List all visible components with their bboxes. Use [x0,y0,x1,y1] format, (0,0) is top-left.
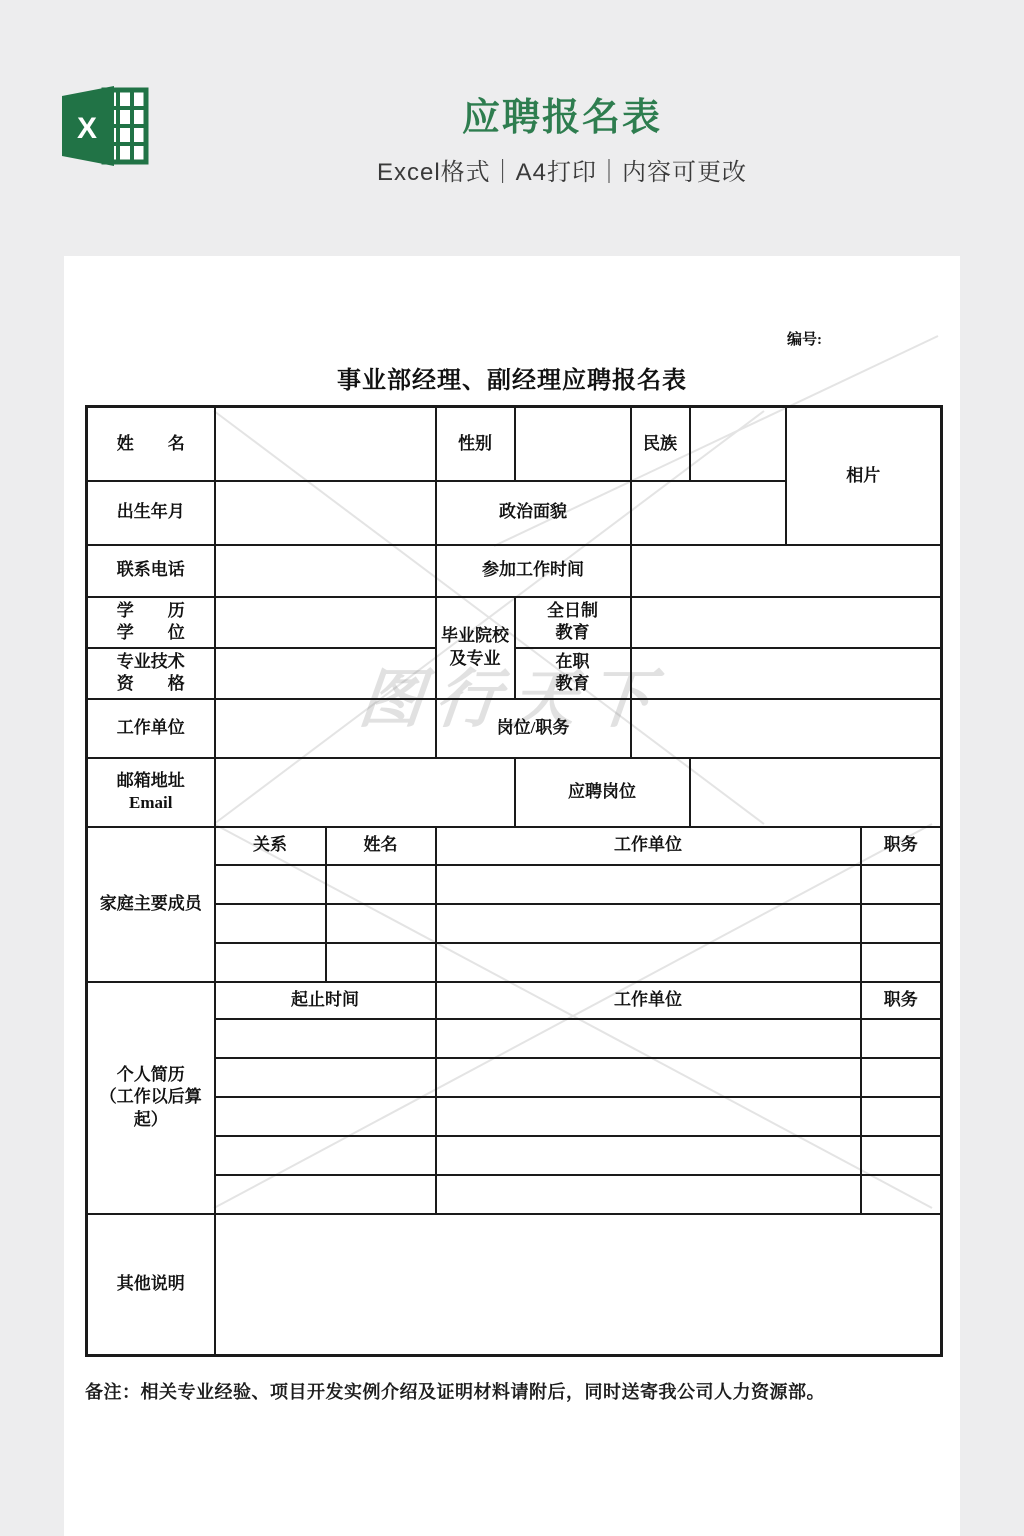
resume-position-header: 职务 [861,982,942,1019]
label-line: 专业技术 [90,651,212,673]
member-employer-header: 工作单位 [436,827,861,865]
resume-employer-header: 工作单位 [436,982,861,1019]
label-line: 邮箱地址 [90,770,212,792]
gender-value-cell [515,407,631,481]
family-row-cell [436,865,861,904]
email-label: 邮箱地址 Email [87,758,215,827]
resume-row-cell [861,1019,942,1058]
family-row-cell [436,943,861,982]
member-position-header: 职务 [861,827,942,865]
email-value-cell [215,758,515,827]
family-row-cell [326,865,436,904]
employer-label: 工作单位 [87,699,215,758]
family-members-label: 家庭主要成员 [87,827,215,982]
serial-number-label: 编号: [787,328,822,349]
page-subtitle: Excel格式｜A4打印｜内容可更改 [100,152,1024,187]
phone-label: 联系电话 [87,545,215,597]
family-row-cell [215,904,326,943]
onjob-education-label: 在职 教育 [515,648,631,699]
position-value-cell [631,699,942,758]
family-row-cell [326,904,436,943]
resume-row-cell [436,1058,861,1097]
graduate-school-label: 毕业院校及专业 [436,597,515,699]
member-name-header: 姓名 [326,827,436,865]
label-line: 教育 [518,622,628,644]
excel-x-letter: X [77,112,97,145]
relation-header: 关系 [215,827,326,865]
resume-row-cell [861,1175,942,1214]
footer-note: 备注：相关专业经验、项目开发实例介绍及证明材料请附后，同时送寄我公司人力资源部。 [85,1378,945,1404]
duration-header: 起止时间 [215,982,436,1019]
family-row-cell [215,943,326,982]
apply-position-label: 应聘岗位 [515,758,690,827]
other-notes-label: 其他说明 [87,1214,215,1356]
onjob-education-value-cell [631,648,942,699]
fulltime-education-value-cell [631,597,942,648]
resume-row-cell [436,1175,861,1214]
resume-row-cell [861,1136,942,1175]
family-row-cell [215,865,326,904]
resume-row-cell [436,1097,861,1136]
name-label: 姓 名 [87,407,215,481]
page-header: X 应聘报名表 Excel格式｜A4打印｜内容可更改 [0,0,1024,256]
family-row-cell [861,865,942,904]
resume-row-cell [436,1019,861,1058]
resume-row-cell [861,1058,942,1097]
label-line: 学 位 [90,622,212,644]
position-label: 岗位/职务 [436,699,631,758]
political-status-label: 政治面貌 [436,481,631,545]
resume-row-cell [436,1136,861,1175]
family-row-cell [861,943,942,982]
professional-qualification-value-cell [215,648,436,699]
document-page: 图行天下 编号: 事业部经理、副经理应聘报名表 姓 名 性别 民族 相片 出生年… [64,256,960,1536]
resume-row-cell [861,1097,942,1136]
label-line: 全日制 [518,600,628,622]
resume-row-cell [215,1175,436,1214]
name-value-cell [215,407,436,481]
label-line: 教育 [518,673,628,695]
resume-row-cell [215,1136,436,1175]
work-start-label: 参加工作时间 [436,545,631,597]
ethnicity-value-cell [690,407,786,481]
political-status-value-cell [631,481,786,545]
family-row-cell [861,904,942,943]
label-line: 资 格 [90,673,212,695]
family-row-cell [436,904,861,943]
label-line: 个人简历 [90,1064,212,1086]
gender-label: 性别 [436,407,515,481]
apply-position-value-cell [690,758,942,827]
birth-date-value-cell [215,481,436,545]
family-row-cell [326,943,436,982]
page-title: 应聘报名表 [100,86,1024,141]
ethnicity-label: 民族 [631,407,690,481]
professional-qualification-label: 专业技术 资 格 [87,648,215,699]
resume-row-cell [215,1097,436,1136]
other-notes-value-cell [215,1214,942,1356]
application-form-table: 姓 名 性别 民族 相片 出生年月 政治面貌 联系电话 参加工作时间 学 历 学… [85,405,943,1357]
resume-label: 个人简历 （工作以后算起） [87,982,215,1214]
label-line: 学 历 [90,600,212,622]
photo-label: 相片 [786,407,942,545]
label-line: 在职 [518,651,628,673]
form-title: 事业部经理、副经理应聘报名表 [64,360,960,395]
education-value-cell [215,597,436,648]
birth-date-label: 出生年月 [87,481,215,545]
label-line: Email [90,792,212,814]
fulltime-education-label: 全日制 教育 [515,597,631,648]
resume-row-cell [215,1058,436,1097]
label-line: （工作以后算起） [90,1086,212,1130]
work-start-value-cell [631,545,942,597]
education-label: 学 历 学 位 [87,597,215,648]
phone-value-cell [215,545,436,597]
resume-row-cell [215,1019,436,1058]
employer-value-cell [215,699,436,758]
